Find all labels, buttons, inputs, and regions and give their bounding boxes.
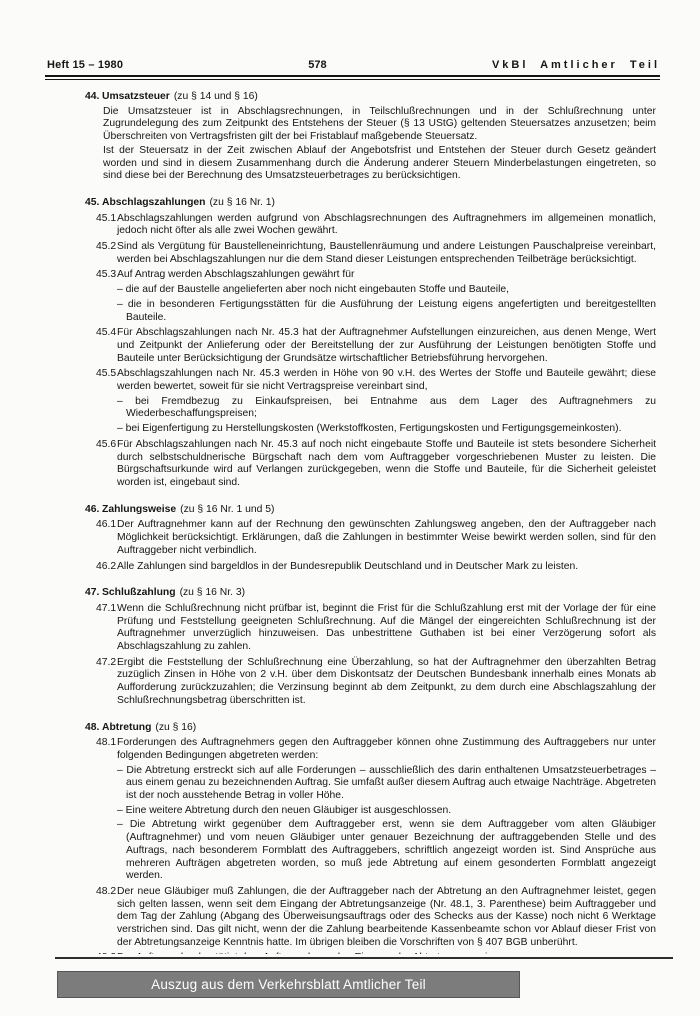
item-number: 45.4 bbox=[96, 327, 116, 340]
section-heading: 44.Umsatzsteuer(zu § 14 und § 16) bbox=[85, 91, 656, 104]
numbered-item: 47.1Wenn die Schlußrechnung nicht prüfba… bbox=[85, 603, 656, 654]
item-body: Ergibt die Feststellung der Schlußrechnu… bbox=[117, 657, 656, 708]
section-title: Umsatzsteuer bbox=[102, 91, 170, 102]
section-title: Abschlagszahlungen bbox=[102, 197, 205, 208]
numbered-item: 45.1Abschlagszahlungen werden aufgrund v… bbox=[85, 213, 656, 238]
item-text: Forderungen des Auftragnehmers gegen den… bbox=[117, 737, 656, 762]
numbered-item: 46.2Alle Zahlungen sind bargeldlos in de… bbox=[85, 561, 656, 574]
section-paragraph-ref: (zu § 16 Nr. 1 und 5) bbox=[180, 504, 274, 515]
section-number: 47. bbox=[85, 587, 102, 600]
section-paragraph-ref: (zu § 14 und § 16) bbox=[174, 91, 258, 102]
section-paragraph-ref: (zu § 16) bbox=[155, 722, 196, 733]
item-text: Der Auftragnehmer kann auf der Rechnung … bbox=[117, 519, 656, 557]
item-number: 46.1 bbox=[96, 519, 116, 532]
item-number: 45.5 bbox=[96, 368, 116, 381]
item-body: Der neue Gläubiger muß Zahlungen, die de… bbox=[117, 886, 656, 950]
item-number: 45.1 bbox=[96, 213, 116, 226]
scanned-document-page: { "header": { "left": "Heft 15 – 1980", … bbox=[0, 0, 700, 1016]
item-number: 45.6 bbox=[96, 439, 116, 452]
section-paragraph-ref: (zu § 16 Nr. 1) bbox=[209, 197, 275, 208]
numbered-item: 45.2Sind als Vergütung für Baustellenein… bbox=[85, 241, 656, 266]
numbered-item: 46.1Der Auftragnehmer kann auf der Rechn… bbox=[85, 519, 656, 557]
item-body: Für Abschlagszahlungen nach Nr. 45.3 auf… bbox=[117, 439, 656, 490]
item-number: 45.3 bbox=[96, 269, 116, 282]
footer-banner: Auszug aus dem Verkehrsblatt Amtlicher T… bbox=[57, 971, 520, 998]
section-heading: 46.Zahlungsweise(zu § 16 Nr. 1 und 5) bbox=[85, 504, 656, 517]
section-title: Abtretung bbox=[102, 722, 151, 733]
item-text: Auf Antrag werden Abschlagszahlungen gew… bbox=[117, 269, 656, 282]
section-47: 47.Schlußzahlung(zu § 16 Nr. 3)47.1Wenn … bbox=[85, 587, 656, 707]
dash-subitem: – die auf der Baustelle angelieferten ab… bbox=[117, 284, 656, 297]
section-46: 46.Zahlungsweise(zu § 16 Nr. 1 und 5)46.… bbox=[85, 504, 656, 574]
item-body: Forderungen des Auftragnehmers gegen den… bbox=[117, 737, 656, 883]
section-heading: 45.Abschlagszahlungen(zu § 16 Nr. 1) bbox=[85, 197, 656, 210]
item-body: Der Auftragnehmer kann auf der Rechnung … bbox=[117, 519, 656, 557]
section-title: Schlußzahlung bbox=[102, 587, 176, 598]
item-text: Alle Zahlungen sind bargeldlos in der Bu… bbox=[117, 561, 656, 574]
item-number: 46.2 bbox=[96, 561, 116, 574]
numbered-item: 45.6Für Abschlagszahlungen nach Nr. 45.3… bbox=[85, 439, 656, 490]
item-text: Abschlagszahlungen nach Nr. 45.3 werden … bbox=[117, 368, 656, 393]
section-48: 48.Abtretung(zu § 16)48.1Forderungen des… bbox=[85, 722, 656, 954]
section-title: Zahlungsweise bbox=[102, 504, 176, 515]
numbered-item: 48.2Der neue Gläubiger muß Zahlungen, di… bbox=[85, 886, 656, 950]
dash-subitem: – Eine weitere Abtretung durch den neuen… bbox=[117, 805, 656, 818]
section-number: 45. bbox=[85, 197, 102, 210]
numbered-item: 45.5Abschlagszahlungen nach Nr. 45.3 wer… bbox=[85, 368, 656, 436]
section-heading: 47.Schlußzahlung(zu § 16 Nr. 3) bbox=[85, 587, 656, 600]
item-number: 48.2 bbox=[96, 886, 116, 899]
item-body: Der Auftraggeber bestätigt dem Auftragne… bbox=[117, 952, 656, 954]
dash-subitem: – bei Eigenfertigung zu Herstellungskost… bbox=[117, 423, 656, 436]
section-paragraph: Die Umsatzsteuer ist in Abschlagsrechnun… bbox=[103, 106, 656, 144]
item-text: Abschlagszahlungen werden aufgrund von A… bbox=[117, 213, 656, 238]
section-number: 46. bbox=[85, 504, 102, 517]
numbered-item: 45.3Auf Antrag werden Abschlagszahlungen… bbox=[85, 269, 656, 324]
item-body: Alle Zahlungen sind bargeldlos in der Bu… bbox=[117, 561, 656, 574]
footer-banner-text: Auszug aus dem Verkehrsblatt Amtlicher T… bbox=[151, 977, 426, 992]
item-text: Der Auftraggeber bestätigt dem Auftragne… bbox=[117, 952, 656, 954]
header-journal-title: VkBl Amtlicher Teil bbox=[408, 59, 660, 71]
item-number: 47.2 bbox=[96, 657, 116, 670]
item-body: Wenn die Schlußrechnung nicht prüfbar is… bbox=[117, 603, 656, 654]
section-heading: 48.Abtretung(zu § 16) bbox=[85, 722, 656, 735]
header-double-rule bbox=[45, 75, 660, 80]
footer-rule bbox=[55, 957, 673, 959]
item-text: Wenn die Schlußrechnung nicht prüfbar is… bbox=[117, 603, 656, 654]
item-body: Abschlagszahlungen nach Nr. 45.3 werden … bbox=[117, 368, 656, 436]
item-text: Der neue Gläubiger muß Zahlungen, die de… bbox=[117, 886, 656, 950]
dash-subitem: – Die Abtretung wirkt gegenüber dem Auft… bbox=[117, 819, 656, 883]
item-body: Sind als Vergütung für Baustelleneinrich… bbox=[117, 241, 656, 266]
item-text: Für Abschlagszahlungen nach Nr. 45.3 auf… bbox=[117, 439, 656, 490]
section-paragraph-ref: (zu § 16 Nr. 3) bbox=[180, 587, 246, 598]
item-text: Ergibt die Feststellung der Schlußrechnu… bbox=[117, 657, 656, 708]
section-paragraph: Ist der Steuersatz in der Zeit zwischen … bbox=[103, 145, 656, 183]
item-number: 47.1 bbox=[96, 603, 116, 616]
numbered-item: 47.2Ergibt die Feststellung der Schlußre… bbox=[85, 657, 656, 708]
item-body: Auf Antrag werden Abschlagszahlungen gew… bbox=[117, 269, 656, 324]
item-number: 45.2 bbox=[96, 241, 116, 254]
item-number: 48.3 bbox=[96, 952, 116, 954]
item-text: Für Abschlagszahlungen nach Nr. 45.3 hat… bbox=[117, 327, 656, 365]
item-body: Abschlagszahlungen werden aufgrund von A… bbox=[117, 213, 656, 238]
section-44: 44.Umsatzsteuer(zu § 14 und § 16)Die Ums… bbox=[85, 91, 656, 183]
item-body: Für Abschlagszahlungen nach Nr. 45.3 hat… bbox=[117, 327, 656, 365]
header-issue-label: Heft 15 – 1980 bbox=[47, 59, 227, 71]
page-header: Heft 15 – 1980 578 VkBl Amtlicher Teil bbox=[47, 59, 660, 71]
dash-subitem: – Die Abtretung erstreckt sich auf alle … bbox=[117, 765, 656, 803]
item-number: 48.1 bbox=[96, 737, 116, 750]
item-text: Sind als Vergütung für Baustelleneinrich… bbox=[117, 241, 656, 266]
dash-subitem: – die in besonderen Fertigungsstätten fü… bbox=[117, 299, 656, 324]
section-number: 44. bbox=[85, 91, 102, 104]
dash-subitem: – bei Fremdbezug zu Einkaufspreisen, bei… bbox=[117, 396, 656, 421]
header-page-number: 578 bbox=[227, 59, 407, 71]
numbered-item: 48.3Der Auftraggeber bestätigt dem Auftr… bbox=[85, 952, 656, 954]
numbered-item: 48.1Forderungen des Auftragnehmers gegen… bbox=[85, 737, 656, 883]
document-body: 44.Umsatzsteuer(zu § 14 und § 16)Die Ums… bbox=[85, 91, 656, 954]
numbered-item: 45.4Für Abschlagszahlungen nach Nr. 45.3… bbox=[85, 327, 656, 365]
section-45: 45.Abschlagszahlungen(zu § 16 Nr. 1)45.1… bbox=[85, 197, 656, 490]
section-number: 48. bbox=[85, 722, 102, 735]
